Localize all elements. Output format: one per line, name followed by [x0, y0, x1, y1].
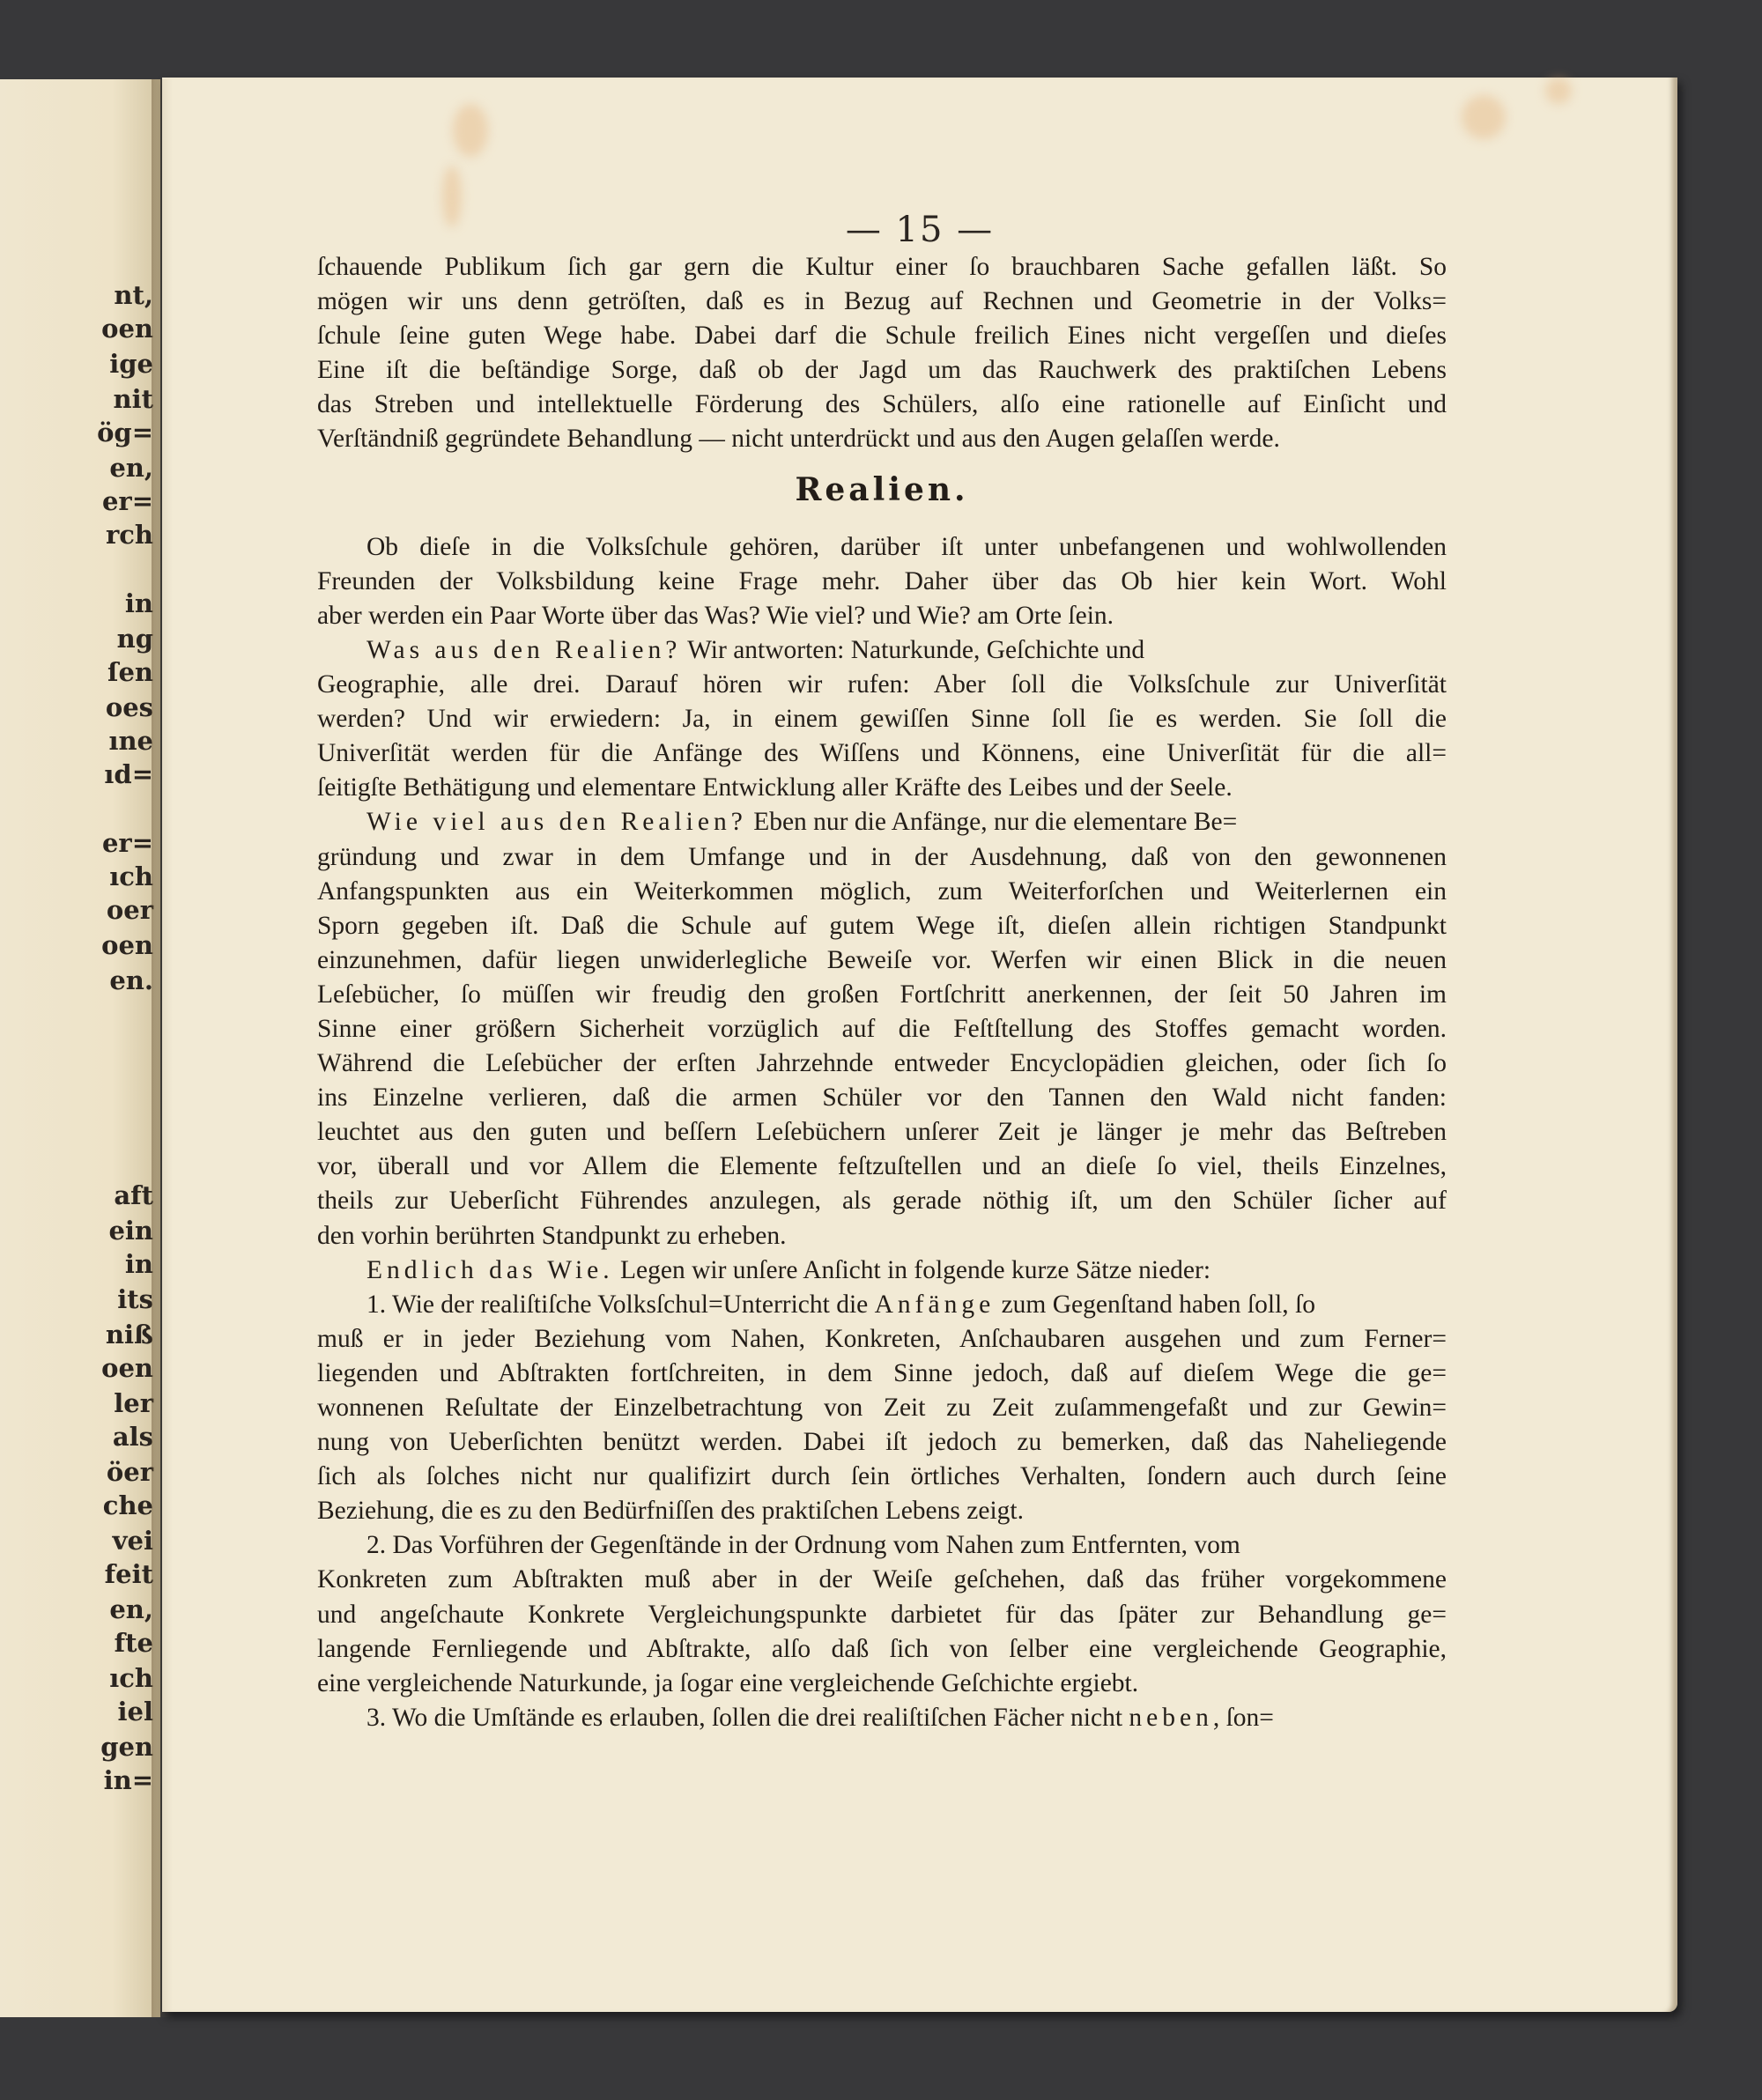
left-fragment: niß — [106, 1320, 153, 1349]
text-line: ſich als ſolches nicht nur qualifizirt d… — [317, 1460, 1447, 1494]
text-line: wonnenen Reſultate der Einzelbetrachtung… — [317, 1391, 1447, 1425]
left-fragment: er= — [102, 486, 153, 516]
text-line: ins Einzelne verlieren, daß die armen Sc… — [317, 1081, 1447, 1115]
page-number: — 15 — — [162, 210, 1677, 250]
text-line: Ob dieſe in die Volksſchule gehören, dar… — [317, 530, 1447, 565]
text-line: Anfangspunkten aus ein Weiterkommen mögl… — [317, 875, 1447, 909]
paragraph-lead: Wie viel aus den Realien? — [366, 808, 747, 836]
left-fragment: oes — [106, 692, 153, 722]
text-fragment: Eben nur die Anfänge, nur die elementare… — [747, 808, 1237, 836]
section-heading: Realien. — [317, 473, 1447, 507]
text-line: Leſebücher, ſo müſſen wir freudig den gr… — [317, 978, 1447, 1012]
text-line: Eine iſt die beſtändige Sorge, daß ob de… — [317, 353, 1447, 388]
text-line: ſchule ſeine guten Wege habe. Dabei darf… — [317, 319, 1447, 353]
left-fragment: gen — [100, 1732, 153, 1762]
paragraph-lead: Was aus den Realien? — [366, 636, 681, 664]
text-line: mögen wir uns denn getröſten, daß es in … — [317, 285, 1447, 319]
list-item-3-first-line: 3. Wo die Umſtände es erlauben, ſollen d… — [317, 1701, 1447, 1735]
text-line: liegenden und Abſtrakten fortſchreiten, … — [317, 1357, 1447, 1391]
left-fragment: fte — [115, 1628, 153, 1658]
left-fragment: vei — [113, 1526, 153, 1556]
text-line: Was aus den Realien? Wir antworten: Natu… — [317, 633, 1447, 668]
text-line: nung von Ueberſichten benützt werden. Da… — [317, 1425, 1447, 1460]
text-line: und angeſchaute Konkrete Vergleichungspu… — [317, 1598, 1447, 1632]
text-fragment: , ſon= — [1213, 1704, 1274, 1732]
text-line: Sinne einer größern Sicherheit vorzüglic… — [317, 1012, 1447, 1046]
left-fragment: ög= — [97, 418, 153, 447]
left-fragment: ıch — [109, 861, 153, 891]
text-line: Freunden der Volksbildung keine Frage me… — [317, 565, 1447, 599]
list-number: 1. — [366, 1290, 386, 1319]
text-line: Univerſität werden für die Anfänge des W… — [317, 736, 1447, 771]
text-line: Wie viel aus den Realien? Eben nur die A… — [317, 805, 1447, 839]
left-fragment: nt, — [114, 280, 153, 310]
book-gutter-shadow — [152, 79, 173, 2017]
text-line: das Streben und intellektuelle Förderung… — [317, 388, 1447, 422]
paper-stain — [1545, 78, 1572, 104]
left-fragment: ıch — [109, 1663, 153, 1693]
text-line: werden? Und wir erwiedern: Ja, in einem … — [317, 702, 1447, 736]
left-fragment: als — [113, 1422, 153, 1452]
emphasized-word: neben — [1129, 1704, 1212, 1732]
text-line: Endlich das Wie. Legen wir unſere Anſich… — [317, 1253, 1447, 1288]
text-line: leuchtet aus den guten und beſſern Leſeb… — [317, 1115, 1447, 1150]
left-fragment: in — [125, 1249, 153, 1279]
left-fragment: che — [103, 1490, 153, 1520]
left-fragment: nit — [114, 384, 154, 414]
text-fragment: zum Gegenſtand haben ſoll, ſo — [995, 1290, 1315, 1319]
left-fragment: in — [125, 588, 153, 618]
book-page: — 15 — ſchauende Publikum ſich gar gern … — [162, 78, 1677, 2012]
left-fragment: oen — [101, 930, 153, 960]
paragraph-lead: Endlich das Wie. — [366, 1256, 614, 1284]
left-fragment: en, — [109, 453, 153, 483]
left-fragment: ıne — [108, 726, 153, 756]
list-number: 2. — [366, 1531, 386, 1559]
left-fragment: oen — [101, 314, 153, 344]
text-line: Geographie, alle drei. Darauf hören wir … — [317, 668, 1447, 702]
left-fragment: in= — [104, 1765, 153, 1795]
text-fragment: Wie der realiſtiſche Volksſchul=Unterric… — [386, 1290, 875, 1319]
left-fragment: ıd= — [104, 759, 153, 789]
text-fragment: Wir antworten: Naturkunde, Geſchichte un… — [681, 636, 1144, 664]
text-line: langende Fernliegende und Abſtrakte, alſ… — [317, 1632, 1447, 1667]
left-fragment: ein — [108, 1216, 153, 1246]
text-line: vor, überall und vor Allem die Elemente … — [317, 1150, 1447, 1184]
text-line: einzunehmen, dafür liegen unwiderleglich… — [317, 943, 1447, 978]
text-fragment: Das Vorführen der Gegenſtände in der Ord… — [386, 1531, 1240, 1559]
text-line: Konkreten zum Abſtrakten muß aber in der… — [317, 1563, 1447, 1597]
text-fragment: Legen wir unſere Anſicht in folgende kur… — [614, 1256, 1210, 1284]
text-fragment: Wo die Umſtände es erlauben, ſollen die … — [386, 1704, 1129, 1732]
paper-stain — [453, 104, 488, 157]
text-line: Beziehung, die es zu den Bedürfniſſen de… — [317, 1494, 1447, 1528]
left-fragment: en, — [109, 1594, 153, 1624]
left-fragment: rch — [106, 520, 153, 550]
text-line: ſchauende Publikum ſich gar gern die Kul… — [317, 250, 1447, 285]
left-fragment: ng — [117, 624, 153, 654]
list-item-2-first-line: 2. Das Vorführen der Gegenſtände in der … — [317, 1528, 1447, 1563]
text-line: gründung und zwar in dem Umfange und in … — [317, 840, 1447, 875]
text-line: ſeitigſte Bethätigung und elementare Ent… — [317, 771, 1447, 805]
text-line: Verſtändniß gegründete Behandlung — nich… — [317, 422, 1447, 456]
text-line: eine vergleichende Naturkunde, ja ſogar … — [317, 1667, 1447, 1701]
left-fragment: aft — [114, 1180, 153, 1210]
text-line: Sporn gegeben iſt. Daß die Schule auf gu… — [317, 909, 1447, 943]
body-text: ſchauende Publikum ſich gar gern die Kul… — [317, 250, 1447, 1735]
left-fragment: öer — [107, 1457, 153, 1487]
left-fragment: iel — [118, 1697, 153, 1727]
left-fragment: en. — [109, 965, 153, 995]
left-fragment: oen — [101, 1353, 153, 1383]
left-page-edge: nt, oen ige nit ög= en, er= rch in ng ſe… — [0, 79, 160, 2017]
text-line: den vorhin berührten Standpunkt zu erheb… — [317, 1219, 1447, 1253]
list-number: 3. — [366, 1704, 386, 1732]
left-fragment: ige — [109, 349, 153, 379]
text-line: theils zur Ueberſicht Führendes anzulege… — [317, 1184, 1447, 1218]
left-fragment: oer — [107, 895, 153, 925]
text-line: aber werden ein Paar Worte über das Was?… — [317, 599, 1447, 633]
text-line: muß er in jeder Beziehung vom Nahen, Kon… — [317, 1322, 1447, 1357]
list-item-1-first-line: 1. Wie der realiſtiſche Volksſchul=Unter… — [317, 1288, 1447, 1322]
paper-stain — [1462, 95, 1506, 139]
left-fragment: feit — [105, 1559, 153, 1589]
left-fragment: ler — [114, 1388, 153, 1418]
left-fragment: its — [117, 1284, 153, 1314]
emphasized-word: Anfänge — [875, 1290, 996, 1319]
left-fragment: ſen — [107, 657, 153, 687]
left-fragment: er= — [102, 828, 153, 858]
text-line: Während die Leſebücher der erſten Jahrze… — [317, 1046, 1447, 1081]
